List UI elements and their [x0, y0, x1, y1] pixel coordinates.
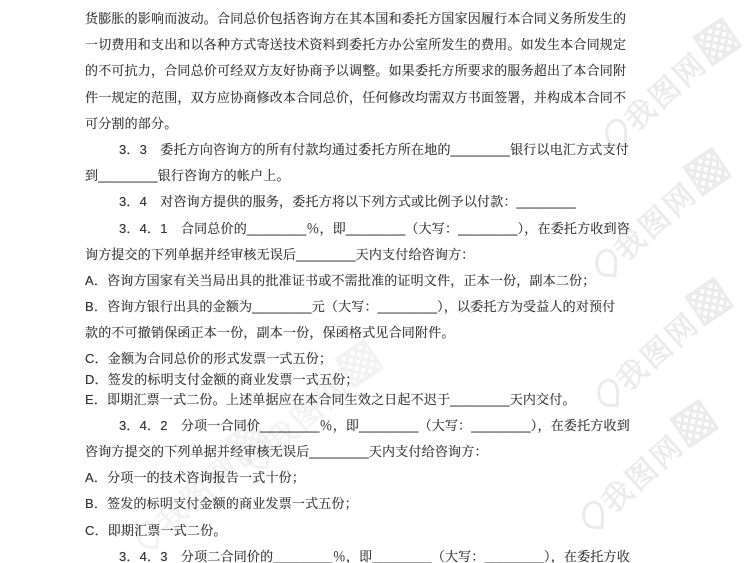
- text-line: A．咨询方国家有关当局出具的批准证书或不需批准的证明文件，正本一份，副本二份；: [85, 268, 665, 294]
- text-line: 的不可抗力，合同总价可经双方友好协商予以调整。如果委托方所要求的服务超出了本合同…: [85, 58, 665, 84]
- lattice-logo-icon: [669, 399, 719, 449]
- text-line: A．分项一的技术咨询报告一式十份；: [85, 465, 665, 491]
- text-line: 到________银行咨询方的帐户上。: [85, 163, 665, 189]
- text-line: 可分割的部分。: [85, 111, 665, 137]
- text-line: 询方提交的下列单据并经审核无误后________天内支付给咨询方：: [85, 242, 665, 268]
- text-line: 货膨胀的影响而波动。合同总价包括咨询方在其本国和委托方国家因履行本合同义务所发生…: [85, 6, 665, 32]
- text-line: 一切费用和支出和以各种方式寄送技术资料到委托方办公室所发生的费用。如发生本合同规…: [85, 32, 665, 58]
- text-line: 3．4 对咨询方提供的服务，委托方将以下列方式或比例予以付款：________: [85, 189, 665, 215]
- text-line: 3．4．1 合同总价的________％，即________（大写：______…: [85, 216, 665, 242]
- text-line: D．签发的标明支付金额的商业发票一式五份；: [85, 373, 665, 387]
- text-line: 3．4．2 分项一合同价________％，即________（大写：_____…: [85, 413, 665, 439]
- contract-text-body: 货膨胀的影响而波动。合同总价包括咨询方在其本国和委托方国家因履行本合同义务所发生…: [85, 6, 665, 563]
- text-line: C．金额为合同总价的形式发票一式五份；: [85, 346, 665, 372]
- document-page: 我图网 我图网 我图网 我图网 我图网 我图网 货膨胀的影响而波: [0, 0, 750, 563]
- text-line: 咨询方提交的下列单据并经审核无误后________天内支付给咨询方：: [85, 439, 665, 465]
- lattice-logo-icon: [692, 17, 742, 67]
- text-line: B．签发的标明支付金额的商业发票一式五份；: [85, 491, 665, 517]
- lattice-logo-icon: [684, 277, 734, 327]
- text-line: 件一规定的范围，双方应协商修改本合同总价，任何修改均需双方书面签署，并构成本合同…: [85, 85, 665, 111]
- text-line: 3．3 委托方向咨询方的所有付款均通过委托方所在地的________银行以电汇方…: [85, 137, 665, 163]
- text-line: 款的不可撤销保函正本一份，副本一份，保函格式见合同附件。: [85, 320, 665, 346]
- text-line: C．即期汇票一式二份。: [85, 518, 665, 544]
- text-line: E．即期汇票一式二份。上述单据应在本合同生效之日起不迟于________天内交付…: [85, 387, 665, 413]
- text-line: 3．4．3 分项二合同价的________％，即________（大写：____…: [85, 544, 665, 563]
- lattice-logo-icon: [682, 147, 732, 197]
- text-line: B．咨询方银行出具的金额为________元（大写：________），以委托方…: [85, 294, 665, 320]
